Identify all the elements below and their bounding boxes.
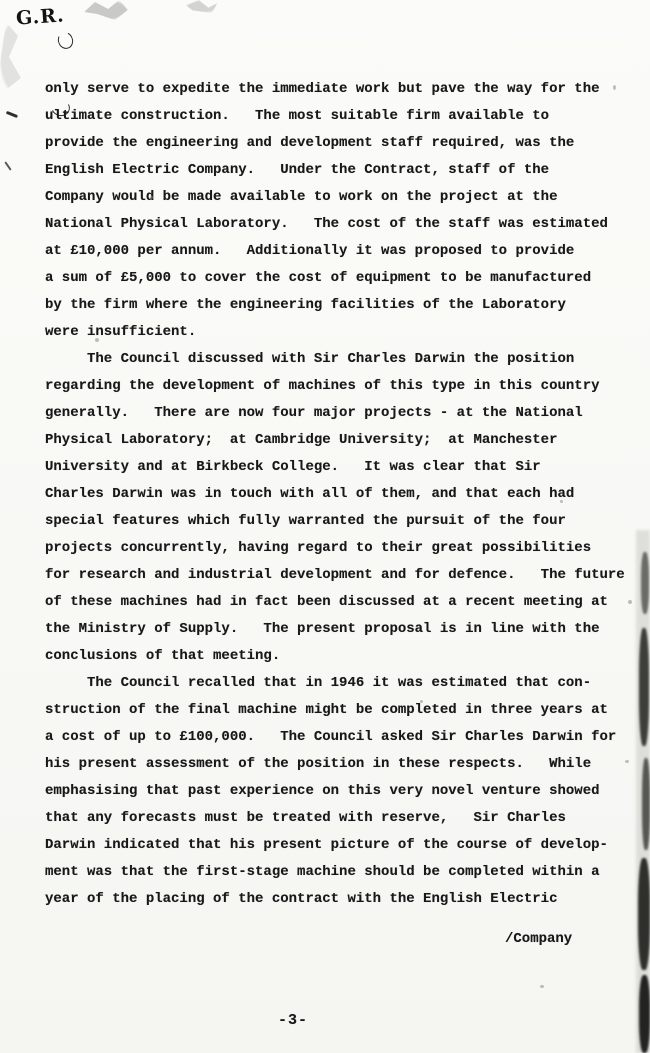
text-line: by the firm where the engineering facili…: [45, 292, 645, 319]
text-line: at £10,000 per annum. Additionally it wa…: [45, 238, 645, 265]
ink-speck: [628, 600, 632, 604]
scan-edge-smudge: [639, 975, 650, 1053]
text-line: Company would be made available to work …: [45, 184, 645, 211]
text-line: regarding the development of machines of…: [45, 373, 645, 400]
text-line: emphasising that past experience on this…: [45, 778, 645, 805]
text-line: for research and industrial development …: [45, 562, 645, 589]
ink-dash-mark: [4, 161, 11, 170]
scan-smudge: [84, 0, 128, 20]
ink-speck: [420, 700, 423, 703]
scan-edge-smudge: [641, 552, 649, 614]
text-line: that any forecasts must be treated with …: [45, 805, 645, 832]
text-line: University and at Birkbeck College. It w…: [45, 454, 645, 481]
ink-speck: [95, 338, 99, 342]
text-line: National Physical Laboratory. The cost o…: [45, 211, 645, 238]
text-line: The Council discussed with Sir Charles D…: [45, 346, 645, 373]
text-line: Charles Darwin was in touch with all of …: [45, 481, 645, 508]
scanned-document-page: G.R. only serve to expedite the immediat…: [0, 0, 650, 1053]
initials-stamp: G.R.: [15, 4, 65, 29]
ink-speck: [540, 985, 544, 988]
text-line: his present assessment of the position i…: [45, 751, 645, 778]
text-line: Darwin indicated that his present pictur…: [45, 832, 645, 859]
text-line: projects concurrently, having regard to …: [45, 535, 645, 562]
text-line: the Ministry of Supply. The present prop…: [45, 616, 645, 643]
scan-smudge: [186, 0, 218, 13]
pen-loop-mark: [56, 30, 76, 51]
text-line: of these machines had in fact been discu…: [45, 589, 645, 616]
ink-dash-mark: [6, 111, 18, 118]
text-line: The Council recalled that in 1946 it was…: [45, 670, 645, 697]
ink-speck: [560, 500, 563, 503]
text-line: year of the placing of the contract with…: [45, 886, 645, 913]
catchword: /Company: [505, 931, 572, 947]
text-line: Physical Laboratory; at Cambridge Univer…: [45, 427, 645, 454]
text-line: were insufficient.: [45, 319, 645, 346]
text-line: generally. There are now four major proj…: [45, 400, 645, 427]
ink-speck: [150, 196, 153, 199]
text-line: ultimate construction. The most suitable…: [45, 103, 645, 130]
ink-speck: [625, 760, 629, 763]
scan-edge-smudge: [638, 858, 650, 970]
scan-edge-smudge: [642, 758, 650, 850]
body-text: only serve to expedite the immediate wor…: [45, 76, 645, 913]
text-line: conclusions of that meeting.: [45, 643, 645, 670]
text-line: a sum of £5,000 to cover the cost of equ…: [45, 265, 645, 292]
ink-speck: [613, 85, 616, 90]
text-line: ment was that the first-stage machine sh…: [45, 859, 645, 886]
scan-edge-smudge: [639, 628, 649, 746]
text-line: only serve to expedite the immediate wor…: [45, 76, 645, 103]
text-line: English Electric Company. Under the Cont…: [45, 157, 645, 184]
text-line: provide the engineering and development …: [45, 130, 645, 157]
text-line: special features which fully warranted t…: [45, 508, 645, 535]
text-line: struction of the final machine might be …: [45, 697, 645, 724]
page-number: -3-: [278, 1012, 308, 1029]
text-line: a cost of up to £100,000. The Council as…: [45, 724, 645, 751]
scan-smudge: [0, 22, 30, 92]
